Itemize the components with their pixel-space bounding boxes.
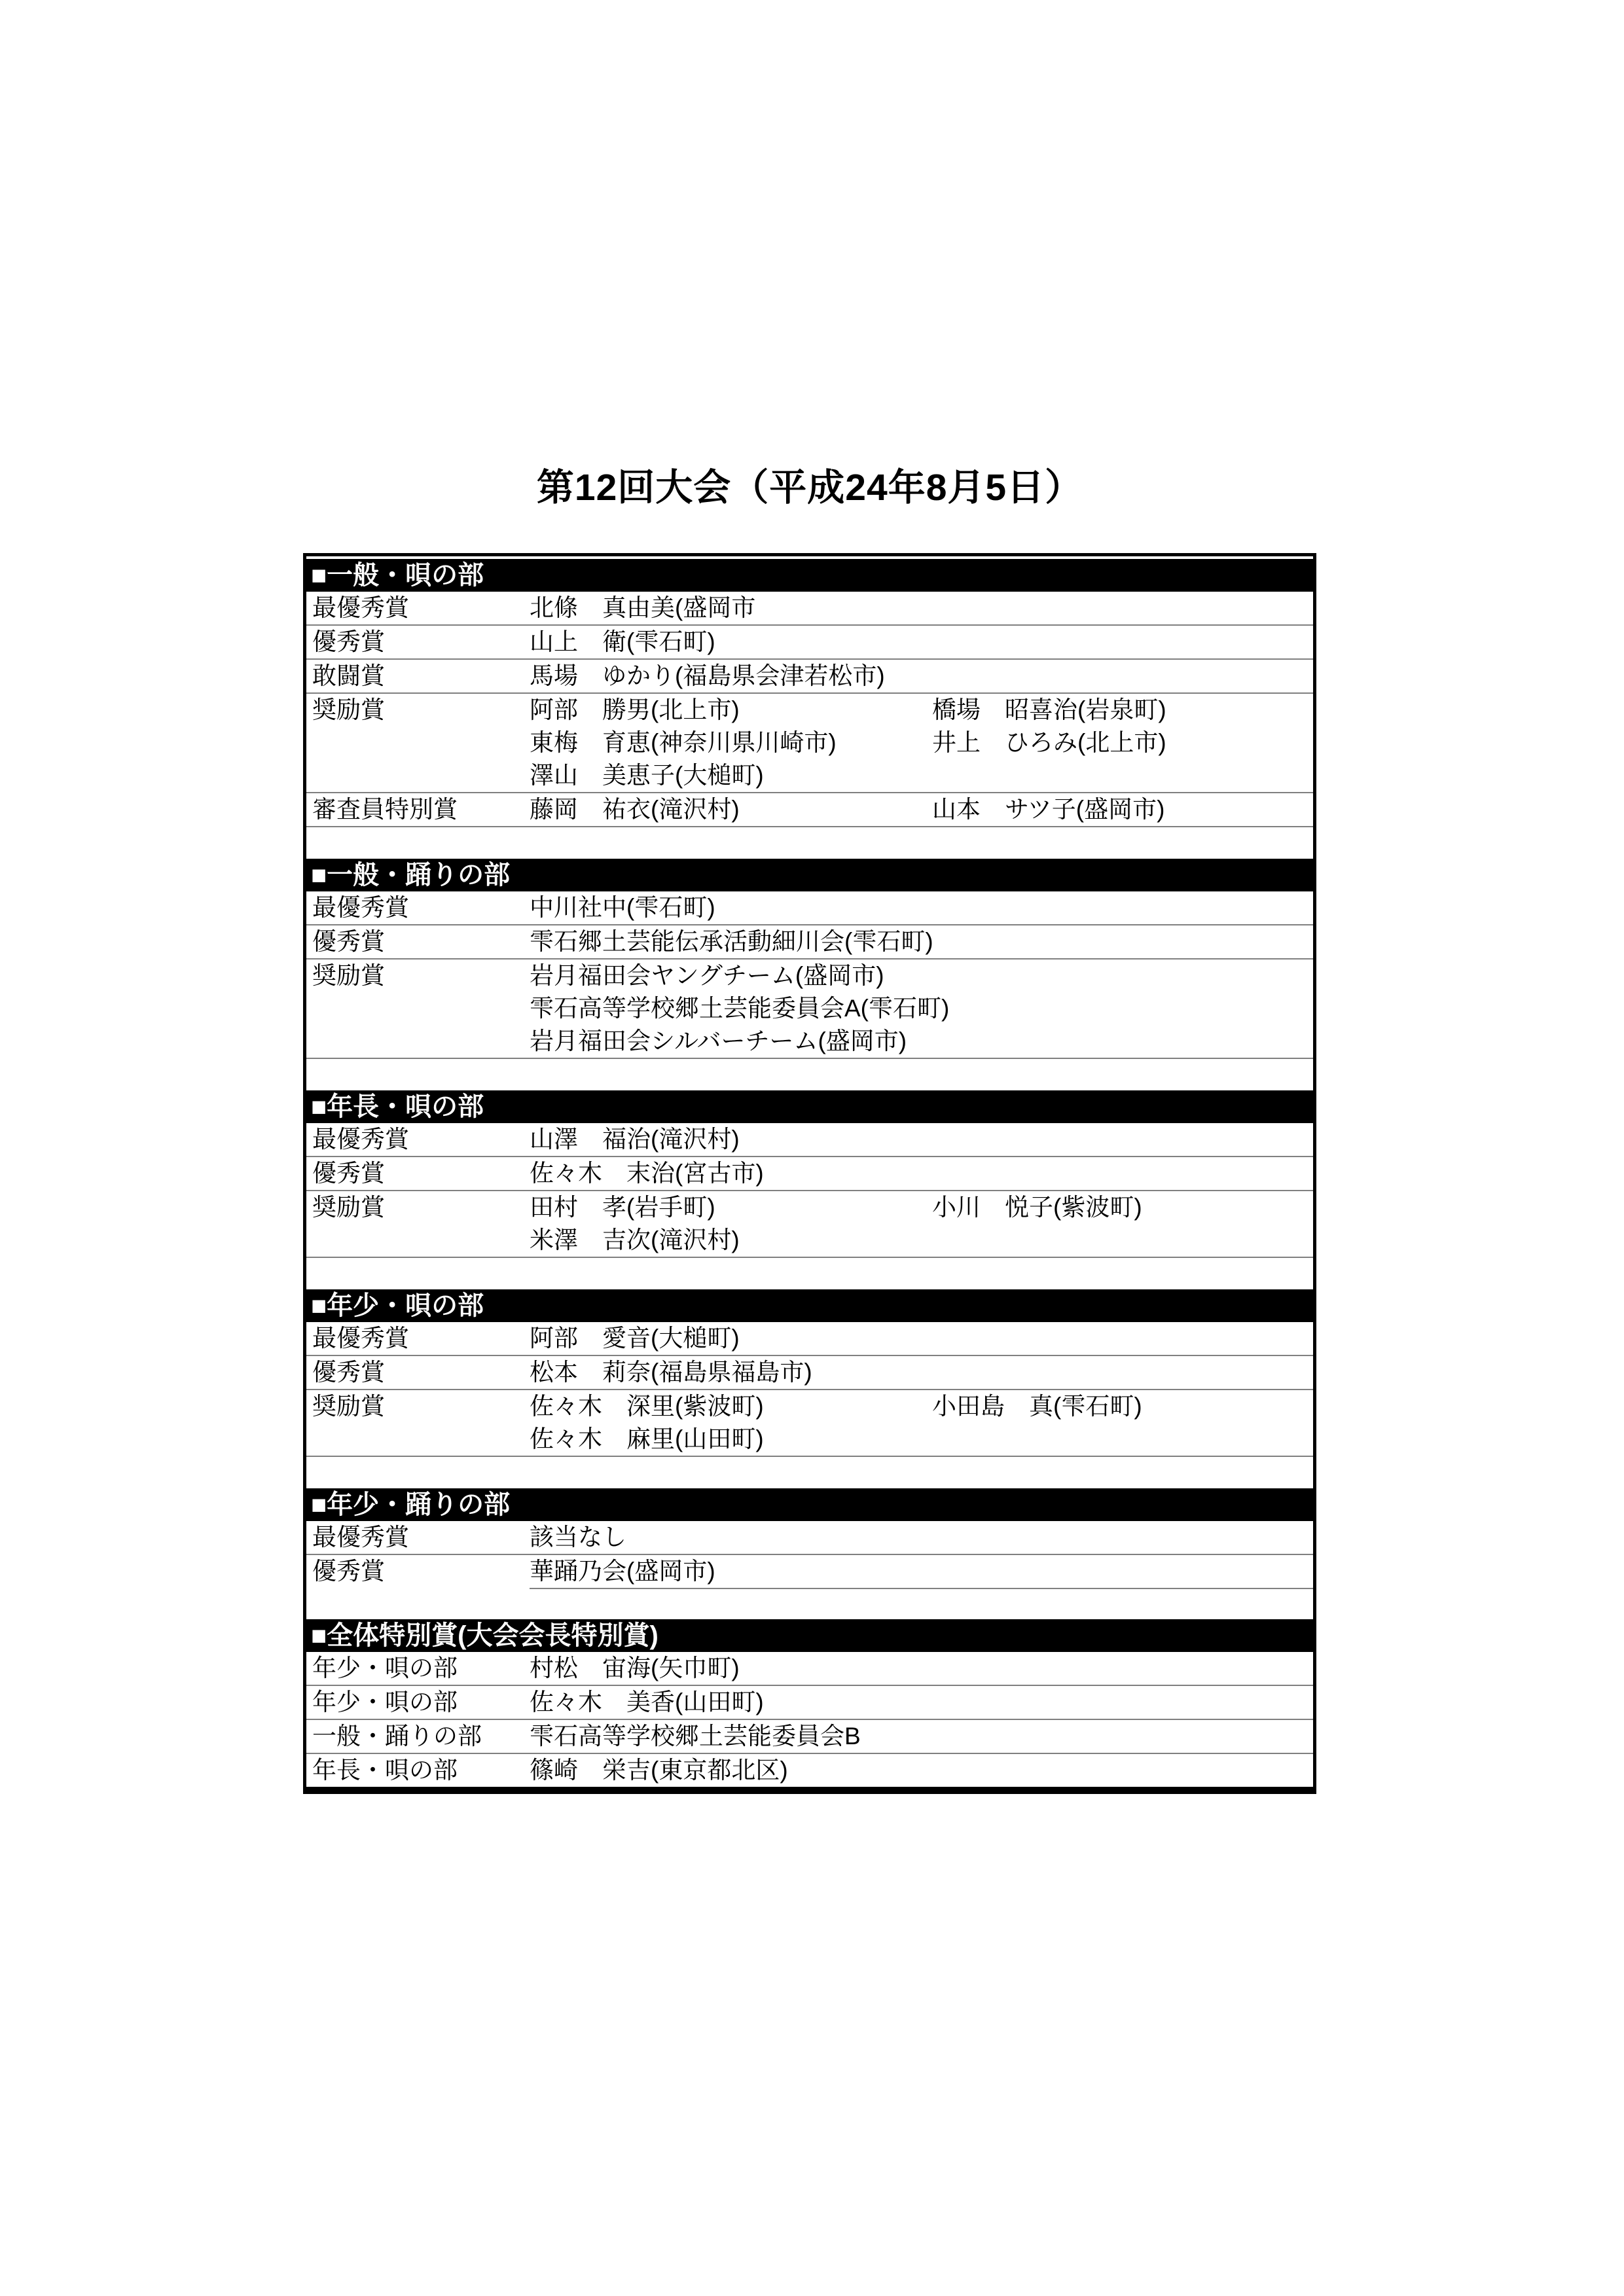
winner-name: 雫石高等学校郷土芸能委員会A(雫石町)	[530, 992, 932, 1025]
section-header: ■全体特別賞(大会会長特別賞)	[306, 1619, 1313, 1652]
winner-name: 田村 孝(岩手町)	[530, 1191, 932, 1224]
row-lines: 馬場 ゆかり(福島県会津若松市)	[530, 660, 1313, 692]
winner-name-secondary	[932, 1754, 1313, 1787]
table-row: 最優秀賞該当なし	[306, 1521, 1313, 1554]
spacer-row	[306, 1058, 1313, 1090]
row-lines: 藤岡 祐衣(滝沢村)山本 サツ子(盛岡市)	[530, 793, 1313, 826]
winner-name-secondary	[932, 1555, 1313, 1588]
winner-name-secondary	[932, 1521, 1313, 1554]
spacer-row	[306, 826, 1313, 859]
winner-name: 岩月福田会ヤングチーム(盛岡市)	[530, 960, 932, 992]
spacer-row	[306, 1257, 1313, 1289]
row-lines: 佐々木 深里(紫波町)小田島 真(雫石町)佐々木 麻里(山田町)	[530, 1390, 1313, 1456]
winner-name-secondary: 井上 ひろみ(北上市)	[932, 726, 1313, 759]
winner-name-secondary: 橋場 昭喜治(岩泉町)	[932, 694, 1313, 726]
award-label: 奨励賞	[306, 694, 530, 726]
name-line: 藤岡 祐衣(滝沢村)山本 サツ子(盛岡市)	[530, 793, 1313, 826]
award-label: 一般・踊りの部	[306, 1720, 530, 1753]
table-row: 優秀賞山上 衛(雫石町)	[306, 624, 1313, 658]
winner-name: 藤岡 祐衣(滝沢村)	[530, 793, 932, 826]
winner-name: 佐々木 深里(紫波町)	[530, 1390, 932, 1423]
winner-name: 澤山 美恵子(大槌町)	[530, 759, 932, 792]
table-row: 優秀賞佐々木 末治(宮古市)	[306, 1156, 1313, 1190]
name-line: 松本 莉奈(福島県福島市)	[530, 1356, 1313, 1389]
table-row: 年少・唄の部佐々木 美香(山田町)	[306, 1685, 1313, 1719]
winner-name: 山澤 福治(滝沢村)	[530, 1123, 932, 1156]
name-line: 該当なし	[530, 1521, 1313, 1554]
award-label: 敢闘賞	[306, 660, 530, 692]
name-line: 馬場 ゆかり(福島県会津若松市)	[530, 660, 1313, 692]
section-header: ■年少・踊りの部	[306, 1488, 1313, 1521]
spacer-row	[306, 1456, 1313, 1488]
table-row: 敢闘賞馬場 ゆかり(福島県会津若松市)	[306, 658, 1313, 692]
row-lines: 岩月福田会ヤングチーム(盛岡市)雫石高等学校郷土芸能委員会A(雫石町)岩月福田会…	[530, 960, 1313, 1058]
award-label: 最優秀賞	[306, 1521, 530, 1554]
page-title: 第12回大会（平成24年8月5日）	[303, 458, 1316, 517]
row-lines: 該当なし	[530, 1521, 1313, 1554]
winner-name-secondary	[932, 1157, 1313, 1190]
partial-rule	[530, 1588, 1313, 1589]
winner-name: 東梅 育恵(神奈川県川崎市)	[530, 726, 932, 759]
name-line: 阿部 愛音(大槌町)	[530, 1322, 1313, 1355]
award-section: ■全体特別賞(大会会長特別賞)年少・唄の部村松 宙海(矢巾町)年少・唄の部佐々木…	[306, 1619, 1313, 1787]
name-line: 東梅 育恵(神奈川県川崎市)井上 ひろみ(北上市)	[530, 726, 1313, 759]
name-line: 佐々木 美香(山田町)	[530, 1686, 1313, 1719]
winner-name-secondary	[932, 925, 1313, 958]
winner-name-secondary	[932, 1224, 1313, 1257]
name-line: 村松 宙海(矢巾町)	[530, 1652, 1313, 1685]
table-row: 最優秀賞阿部 愛音(大槌町)	[306, 1322, 1313, 1355]
winner-name-secondary	[932, 1356, 1313, 1389]
winner-name: 岩月福田会シルバーチーム(盛岡市)	[530, 1025, 932, 1058]
section-header: ■一般・踊りの部	[306, 859, 1313, 891]
row-lines: 田村 孝(岩手町)小川 悦子(紫波町)米澤 吉次(滝沢村)	[530, 1191, 1313, 1257]
winner-name: 佐々木 末治(宮古市)	[530, 1157, 932, 1190]
winner-name-secondary: 小田島 真(雫石町)	[932, 1390, 1313, 1423]
award-section: ■一般・踊りの部最優秀賞中川社中(雫石町)優秀賞雫石郷土芸能伝承活動細川会(雫石…	[306, 859, 1313, 1090]
winner-name: 山上 衛(雫石町)	[530, 626, 932, 658]
row-lines: 篠崎 栄吉(東京都北区)	[530, 1754, 1313, 1787]
award-label: 最優秀賞	[306, 1123, 530, 1156]
spacer-row	[306, 1588, 1313, 1619]
winner-name-secondary	[932, 1025, 1313, 1058]
name-line: 阿部 勝男(北上市)橋場 昭喜治(岩泉町)	[530, 694, 1313, 726]
award-label: 最優秀賞	[306, 891, 530, 924]
row-lines: 華踊乃会(盛岡市)	[530, 1555, 1313, 1588]
document-page: 第12回大会（平成24年8月5日） ■一般・唄の部最優秀賞北條 真由美(盛岡市優…	[0, 0, 1624, 2296]
award-label: 優秀賞	[306, 1555, 530, 1588]
award-label: 優秀賞	[306, 925, 530, 958]
awards-table: ■一般・唄の部最優秀賞北條 真由美(盛岡市優秀賞山上 衛(雫石町)敢闘賞馬場 ゆ…	[303, 553, 1316, 1794]
row-lines: 阿部 勝男(北上市)橋場 昭喜治(岩泉町)東梅 育恵(神奈川県川崎市)井上 ひろ…	[530, 694, 1313, 792]
winner-name: 篠崎 栄吉(東京都北区)	[530, 1754, 932, 1787]
winner-name: 松本 莉奈(福島県福島市)	[530, 1356, 932, 1389]
name-line: 田村 孝(岩手町)小川 悦子(紫波町)	[530, 1191, 1313, 1224]
winner-name: 雫石高等学校郷土芸能委員会B	[530, 1720, 932, 1753]
winner-name-secondary	[932, 626, 1313, 658]
winner-name-secondary: 山本 サツ子(盛岡市)	[932, 793, 1313, 826]
name-line: 米澤 吉次(滝沢村)	[530, 1224, 1313, 1257]
winner-name: 佐々木 麻里(山田町)	[530, 1423, 932, 1456]
winner-name-secondary	[932, 1123, 1313, 1156]
award-section: ■一般・唄の部最優秀賞北條 真由美(盛岡市優秀賞山上 衛(雫石町)敢闘賞馬場 ゆ…	[306, 559, 1313, 859]
winner-name-secondary	[932, 1423, 1313, 1456]
row-lines: 中川社中(雫石町)	[530, 891, 1313, 924]
winner-name-secondary	[932, 992, 1313, 1025]
winner-name: 村松 宙海(矢巾町)	[530, 1652, 932, 1685]
award-label: 年少・唄の部	[306, 1652, 530, 1685]
name-line: 山澤 福治(滝沢村)	[530, 1123, 1313, 1156]
award-section: ■年少・唄の部最優秀賞阿部 愛音(大槌町)優秀賞松本 莉奈(福島県福島市)奨励賞…	[306, 1289, 1313, 1488]
section-header: ■一般・唄の部	[306, 559, 1313, 592]
name-line: 佐々木 末治(宮古市)	[530, 1157, 1313, 1190]
name-line: 岩月福田会シルバーチーム(盛岡市)	[530, 1025, 1313, 1058]
winner-name-secondary	[932, 1322, 1313, 1355]
name-line: 北條 真由美(盛岡市	[530, 592, 1313, 624]
section-header: ■年少・唄の部	[306, 1289, 1313, 1322]
winner-name-secondary: 小川 悦子(紫波町)	[932, 1191, 1313, 1224]
table-row: 優秀賞華踊乃会(盛岡市)	[306, 1554, 1313, 1588]
name-line: 岩月福田会ヤングチーム(盛岡市)	[530, 960, 1313, 992]
row-lines: 阿部 愛音(大槌町)	[530, 1322, 1313, 1355]
table-row: 優秀賞松本 莉奈(福島県福島市)	[306, 1355, 1313, 1389]
winner-name: 阿部 愛音(大槌町)	[530, 1322, 932, 1355]
row-lines: 佐々木 美香(山田町)	[530, 1686, 1313, 1719]
award-label: 最優秀賞	[306, 592, 530, 624]
name-line: 佐々木 深里(紫波町)小田島 真(雫石町)	[530, 1390, 1313, 1423]
award-label: 審査員特別賞	[306, 793, 530, 826]
award-label: 優秀賞	[306, 1157, 530, 1190]
winner-name-secondary	[932, 1686, 1313, 1719]
row-lines: 佐々木 末治(宮古市)	[530, 1157, 1313, 1190]
award-label: 最優秀賞	[306, 1322, 530, 1355]
table-row: 最優秀賞山澤 福治(滝沢村)	[306, 1123, 1313, 1156]
row-lines: 松本 莉奈(福島県福島市)	[530, 1356, 1313, 1389]
winner-name: 馬場 ゆかり(福島県会津若松市)	[530, 660, 932, 692]
award-label: 奨励賞	[306, 960, 530, 992]
table-row: 最優秀賞中川社中(雫石町)	[306, 891, 1313, 924]
winner-name: 佐々木 美香(山田町)	[530, 1686, 932, 1719]
award-section: ■年長・唄の部最優秀賞山澤 福治(滝沢村)優秀賞佐々木 末治(宮古市)奨励賞田村…	[306, 1090, 1313, 1289]
winner-name: 該当なし	[530, 1521, 932, 1554]
award-section: ■年少・踊りの部最優秀賞該当なし優秀賞華踊乃会(盛岡市)	[306, 1488, 1313, 1619]
table-row: 奨励賞田村 孝(岩手町)小川 悦子(紫波町)米澤 吉次(滝沢村)	[306, 1190, 1313, 1257]
name-line: 澤山 美恵子(大槌町)	[530, 759, 1313, 792]
winner-name: 中川社中(雫石町)	[530, 891, 932, 924]
winner-name: 雫石郷土芸能伝承活動細川会(雫石町)	[530, 925, 932, 958]
winner-name-secondary	[932, 891, 1313, 924]
row-lines: 雫石郷土芸能伝承活動細川会(雫石町)	[530, 925, 1313, 958]
table-row: 最優秀賞北條 真由美(盛岡市	[306, 592, 1313, 624]
name-line: 雫石郷土芸能伝承活動細川会(雫石町)	[530, 925, 1313, 958]
winner-name: 米澤 吉次(滝沢村)	[530, 1224, 932, 1257]
table-row: 奨励賞阿部 勝男(北上市)橋場 昭喜治(岩泉町)東梅 育恵(神奈川県川崎市)井上…	[306, 692, 1313, 792]
winner-name-secondary	[932, 960, 1313, 992]
winner-name-secondary	[932, 660, 1313, 692]
name-line: 山上 衛(雫石町)	[530, 626, 1313, 658]
table-row: 年長・唄の部篠崎 栄吉(東京都北区)	[306, 1753, 1313, 1787]
row-lines: 山澤 福治(滝沢村)	[530, 1123, 1313, 1156]
row-lines: 村松 宙海(矢巾町)	[530, 1652, 1313, 1685]
award-label: 奨励賞	[306, 1390, 530, 1423]
award-label: 年少・唄の部	[306, 1686, 530, 1719]
table-row: 審査員特別賞藤岡 祐衣(滝沢村)山本 サツ子(盛岡市)	[306, 792, 1313, 826]
name-line: 雫石高等学校郷土芸能委員会A(雫石町)	[530, 992, 1313, 1025]
name-line: 中川社中(雫石町)	[530, 891, 1313, 924]
name-line: 篠崎 栄吉(東京都北区)	[530, 1754, 1313, 1787]
row-lines: 山上 衛(雫石町)	[530, 626, 1313, 658]
row-lines: 雫石高等学校郷土芸能委員会B	[530, 1720, 1313, 1753]
section-header: ■年長・唄の部	[306, 1090, 1313, 1123]
table-row: 年少・唄の部村松 宙海(矢巾町)	[306, 1652, 1313, 1685]
row-lines: 北條 真由美(盛岡市	[530, 592, 1313, 624]
award-label: 奨励賞	[306, 1191, 530, 1224]
winner-name-secondary	[932, 1720, 1313, 1753]
award-label: 優秀賞	[306, 1356, 530, 1389]
table-row: 一般・踊りの部雫石高等学校郷土芸能委員会B	[306, 1719, 1313, 1753]
name-line: 雫石高等学校郷土芸能委員会B	[530, 1720, 1313, 1753]
table-row: 奨励賞佐々木 深里(紫波町)小田島 真(雫石町)佐々木 麻里(山田町)	[306, 1389, 1313, 1456]
award-label: 年長・唄の部	[306, 1754, 530, 1787]
name-line: 華踊乃会(盛岡市)	[530, 1555, 1313, 1588]
name-line: 佐々木 麻里(山田町)	[530, 1423, 1313, 1456]
winner-name: 阿部 勝男(北上市)	[530, 694, 932, 726]
winner-name-secondary	[932, 592, 1313, 624]
winner-name: 華踊乃会(盛岡市)	[530, 1555, 932, 1588]
winner-name-secondary	[932, 1652, 1313, 1685]
winner-name-secondary	[932, 759, 1313, 792]
winner-name: 北條 真由美(盛岡市	[530, 592, 932, 624]
table-row: 奨励賞岩月福田会ヤングチーム(盛岡市)雫石高等学校郷土芸能委員会A(雫石町)岩月…	[306, 958, 1313, 1058]
award-label: 優秀賞	[306, 626, 530, 658]
table-row: 優秀賞雫石郷土芸能伝承活動細川会(雫石町)	[306, 924, 1313, 958]
